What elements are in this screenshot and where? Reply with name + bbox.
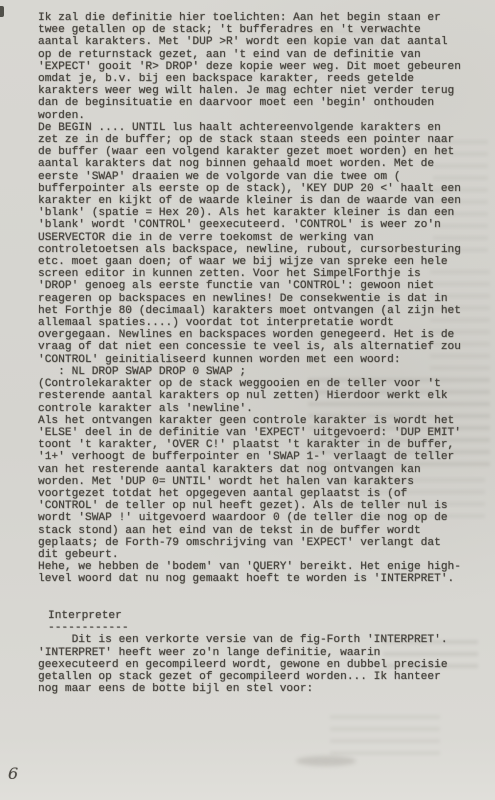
query-bottom-paragraph: Hehe, we hebben de 'bodem' van 'QUERY' b… xyxy=(38,561,475,585)
begin-until-loop-paragraph: De BEGIN .... UNTIL lus haalt achtereenv… xyxy=(38,122,475,366)
forth-code-line: : NL DROP SWAP DROP 0 SWAP ; xyxy=(38,366,475,378)
page-number: 6 xyxy=(8,764,18,783)
scan-edge-artifact xyxy=(0,6,4,17)
scanned-document-page: Ik zal die definitie hier toelichten: Aa… xyxy=(0,0,495,800)
ink-bleed-through-artifact xyxy=(330,715,440,755)
section-heading: Interpreter xyxy=(48,610,475,622)
typewritten-text-column: Ik zal die definitie hier toelichten: Aa… xyxy=(38,12,475,695)
scan-smudge-artifact xyxy=(296,756,356,766)
section-heading-underline: ------------ xyxy=(48,622,475,634)
intro-paragraph: Ik zal die definitie hier toelichten: Aa… xyxy=(38,12,475,122)
control-explanation-paragraph: (Controlekarakter op de stack weggooien … xyxy=(38,378,475,561)
interpreter-paragraph: Dit is een verkorte versie van de fig-Fo… xyxy=(38,634,475,695)
section-heading-block: Interpreter ------------ xyxy=(38,610,475,634)
